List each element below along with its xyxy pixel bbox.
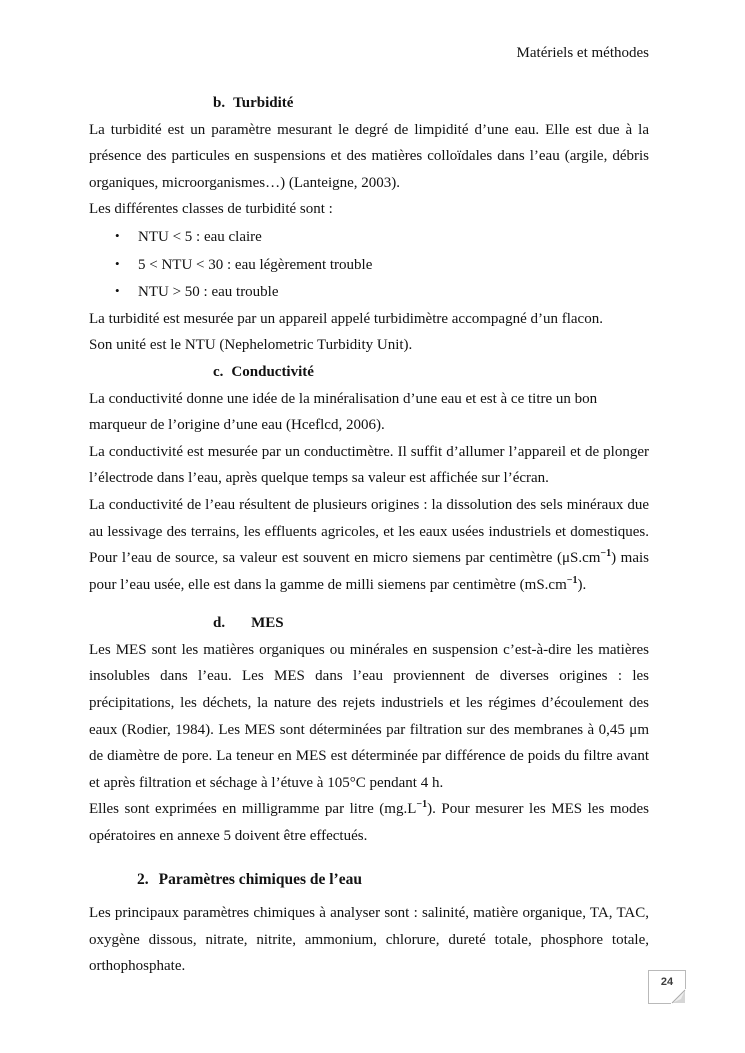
running-header: Matériels et méthodes (89, 43, 649, 63)
superscript-exponent: −1 (416, 799, 427, 810)
heading-label: Turbidité (233, 95, 293, 111)
heading-turbidite: b.Turbidité (213, 90, 649, 117)
bullet-icon: • (115, 223, 138, 250)
paragraph-conductivite-1: La conductivité donne une idée de la min… (89, 386, 649, 439)
paragraph-turbidite-1: La turbidité est un paramètre mesurant l… (89, 117, 649, 197)
list-item-text: 5 < NTU < 30 : eau légèrement trouble (138, 257, 372, 273)
list-item: •NTU < 5 : eau claire (89, 223, 649, 251)
heading-prefix: b. (213, 95, 225, 111)
paragraph-mes-1: Les MES sont les matières organiques ou … (89, 637, 649, 797)
superscript-exponent: −1 (567, 575, 578, 586)
heading-parametres-chimiques: 2.Paramètres chimiques de l’eau (137, 867, 649, 894)
heading-conductivite: c.Conductivité (213, 359, 649, 386)
paragraph-conductivite-3: La conductivité de l’eau résultent de pl… (89, 492, 649, 598)
list-item-text: NTU < 5 : eau claire (138, 229, 262, 245)
text-segment: La conductivité de l’eau résultent de pl… (89, 497, 649, 566)
text-segment: ). (577, 577, 586, 593)
heading-prefix: d. (213, 615, 225, 631)
heading-prefix: 2. (137, 871, 149, 888)
heading-mes: d.MES (213, 610, 649, 637)
list-item: •5 < NTU < 30 : eau légèrement trouble (89, 251, 649, 279)
page-number-box: 24 (648, 970, 686, 1004)
heading-label: Conductivité (231, 364, 314, 380)
paragraph-turbidite-4: Son unité est le NTU (Nephelometric Turb… (89, 332, 649, 359)
paragraph-turbidite-2: Les différentes classes de turbidité son… (89, 196, 649, 223)
page-corner-fold-icon (671, 989, 686, 1004)
list-item-text: NTU > 50 : eau trouble (138, 284, 279, 300)
heading-label: Paramètres chimiques de l’eau (159, 871, 362, 888)
heading-label: MES (251, 615, 284, 631)
page-content: Matériels et méthodes b.Turbidité La tur… (89, 0, 649, 980)
superscript-exponent: −1 (600, 548, 611, 559)
heading-prefix: c. (213, 364, 223, 380)
paragraph-chimiques-1: Les principaux paramètres chimiques à an… (89, 900, 649, 980)
turbidity-bullet-list: •NTU < 5 : eau claire •5 < NTU < 30 : ea… (89, 223, 649, 306)
text-segment: Elles sont exprimées en milligramme par … (89, 801, 416, 817)
paragraph-mes-2: Elles sont exprimées en milligramme par … (89, 796, 649, 849)
paragraph-turbidite-3: La turbidité est mesurée par un appareil… (89, 306, 649, 333)
page-number: 24 (661, 976, 673, 988)
bullet-icon: • (115, 278, 138, 305)
document-page: Matériels et méthodes b.Turbidité La tur… (0, 0, 745, 1053)
list-item: •NTU > 50 : eau trouble (89, 278, 649, 306)
paragraph-conductivite-2: La conductivité est mesurée par un condu… (89, 439, 649, 492)
bullet-icon: • (115, 251, 138, 278)
